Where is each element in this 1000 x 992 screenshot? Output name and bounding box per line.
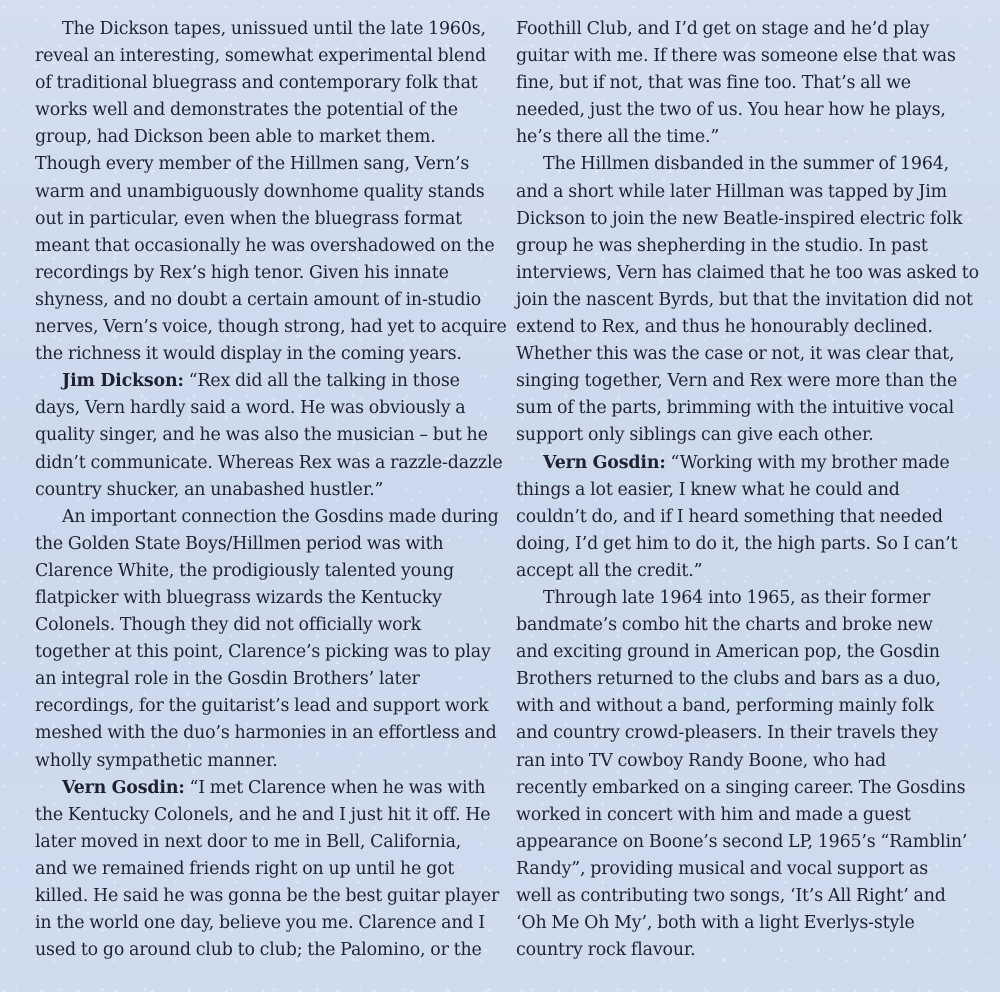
text-line: wholly sympathetic manner. [35, 748, 498, 775]
text-line: and exciting ground in American pop, the… [516, 639, 981, 666]
text-line: ‘Oh Me Oh My’, both with a light Everlys… [516, 910, 981, 937]
quote-text: “I met Clarence when he was with [185, 778, 486, 798]
left-column: The Dickson tapes, unissued until the la… [35, 16, 498, 964]
text-line: warm and unambiguously downhome quality … [35, 179, 498, 206]
text-line: Clarence White, the prodigiously talente… [35, 558, 498, 585]
text-line: doing, I’d get him to do it, the high pa… [516, 531, 981, 558]
text-line: appearance on Boone’s second LP, 1965’s … [516, 829, 981, 856]
quote-vern-gosdin-clarence: Vern Gosdin: “I met Clarence when he was… [35, 775, 498, 965]
quote-first-line: Vern Gosdin: “I met Clarence when he was… [35, 775, 498, 802]
text-line: worked in concert with him and made a gu… [516, 802, 981, 829]
text-line: bandmate’s combo hit the charts and brok… [516, 612, 981, 639]
text-line: didn’t communicate. Whereas Rex was a ra… [35, 450, 498, 477]
text-line: with and without a band, performing main… [516, 693, 981, 720]
text-line: used to go around club to club; the Palo… [35, 937, 498, 964]
text-line: guitar with me. If there was someone els… [516, 43, 981, 70]
text-line: of traditional bluegrass and contemporar… [35, 70, 498, 97]
text-line: needed, just the two of us. You hear how… [516, 97, 981, 124]
text-line: support only siblings can give each othe… [516, 422, 981, 449]
text-line: fine, but if not, that was fine too. Tha… [516, 70, 981, 97]
text-line: country shucker, an unabashed hustler.” [35, 477, 498, 504]
quote-text: “Working with my brother made [666, 453, 950, 473]
text-line: flatpicker with bluegrass wizards the Ke… [35, 585, 498, 612]
text-line: group, had Dickson been able to market t… [35, 124, 498, 151]
text-line: recordings, for the guitarist’s lead and… [35, 693, 498, 720]
text-line: well as contributing two songs, ‘It’s Al… [516, 883, 981, 910]
text-line: couldn’t do, and if I heard something th… [516, 504, 981, 531]
speaker-name: Vern Gosdin: [543, 453, 666, 473]
text-line: An important connection the Gosdins made… [35, 504, 498, 531]
paragraph-dickson-tapes: The Dickson tapes, unissued until the la… [35, 16, 498, 368]
text-line: days, Vern hardly said a word. He was ob… [35, 395, 498, 422]
text-line: Whether this was the case or not, it was… [516, 341, 981, 368]
text-line: in the world one day, believe you me. Cl… [35, 910, 498, 937]
quote-first-line: Vern Gosdin: “Working with my brother ma… [516, 450, 981, 477]
text-line: quality singer, and he was also the musi… [35, 422, 498, 449]
text-line: Dickson to join the new Beatle-inspired … [516, 206, 981, 233]
paragraph-randy-boone: Through late 1964 into 1965, as their fo… [516, 585, 981, 964]
text-line: and country crowd-pleasers. In their tra… [516, 720, 981, 747]
text-line: ran into TV cowboy Randy Boone, who had [516, 748, 981, 775]
quote-text: “Rex did all the talking in those [184, 371, 460, 391]
text-line: an integral role in the Gosdin Brothers’… [35, 666, 498, 693]
text-line: together at this point, Clarence’s picki… [35, 639, 498, 666]
speaker-name: Vern Gosdin: [62, 778, 185, 798]
text-line: and we remained friends right on up unti… [35, 856, 498, 883]
text-line: Colonels. Though they did not officially… [35, 612, 498, 639]
right-column: Foothill Club, and I’d get on stage and … [516, 16, 981, 964]
text-line: reveal an interesting, somewhat experime… [35, 43, 498, 70]
text-line: recordings by Rex’s high tenor. Given hi… [35, 260, 498, 287]
speaker-name: Jim Dickson: [62, 371, 184, 391]
quote-first-line: Jim Dickson: “Rex did all the talking in… [35, 368, 498, 395]
text-line: extend to Rex, and thus he honourably de… [516, 314, 981, 341]
text-line: the Kentucky Colonels, and he and I just… [35, 802, 498, 829]
text-line: meshed with the duo’s harmonies in an ef… [35, 720, 498, 747]
text-line: accept all the credit.” [516, 558, 981, 585]
text-line: and a short while later Hillman was tapp… [516, 179, 981, 206]
text-line: group he was shepherding in the studio. … [516, 233, 981, 260]
text-line: he’s there all the time.” [516, 124, 981, 151]
text-line: country rock flavour. [516, 937, 981, 964]
text-line: out in particular, even when the bluegra… [35, 206, 498, 233]
text-line: the Golden State Boys/Hillmen period was… [35, 531, 498, 558]
text-line: nerves, Vern’s voice, though strong, had… [35, 314, 498, 341]
text-line: Foothill Club, and I’d get on stage and … [516, 16, 981, 43]
text-line: Randy”, providing musical and vocal supp… [516, 856, 981, 883]
quote-vern-gosdin-continued: Foothill Club, and I’d get on stage and … [516, 16, 981, 151]
text-line: things a lot easier, I knew what he coul… [516, 477, 981, 504]
text-line: sum of the parts, brimming with the intu… [516, 395, 981, 422]
text-line: Through late 1964 into 1965, as their fo… [516, 585, 981, 612]
text-line: singing together, Vern and Rex were more… [516, 368, 981, 395]
text-line: later moved in next door to me in Bell, … [35, 829, 498, 856]
quote-jim-dickson: Jim Dickson: “Rex did all the talking in… [35, 368, 498, 503]
text-line: the richness it would display in the com… [35, 341, 498, 368]
text-line: recently embarked on a singing career. T… [516, 775, 981, 802]
text-line: Brothers returned to the clubs and bars … [516, 666, 981, 693]
text-line: killed. He said he was gonna be the best… [35, 883, 498, 910]
text-line: interviews, Vern has claimed that he too… [516, 260, 981, 287]
booklet-page: The Dickson tapes, unissued until the la… [0, 0, 1000, 992]
text-line: join the nascent Byrds, but that the inv… [516, 287, 981, 314]
paragraph-hillmen-disbanded: The Hillmen disbanded in the summer of 1… [516, 151, 981, 449]
paragraph-clarence-white: An important connection the Gosdins made… [35, 504, 498, 775]
text-line: The Hillmen disbanded in the summer of 1… [516, 151, 981, 178]
text-line: works well and demonstrates the potentia… [35, 97, 498, 124]
quote-vern-gosdin-brother: Vern Gosdin: “Working with my brother ma… [516, 450, 981, 585]
text-line: shyness, and no doubt a certain amount o… [35, 287, 498, 314]
text-line: The Dickson tapes, unissued until the la… [35, 16, 498, 43]
text-line: Though every member of the Hillmen sang,… [35, 151, 498, 178]
text-line: meant that occasionally he was overshado… [35, 233, 498, 260]
